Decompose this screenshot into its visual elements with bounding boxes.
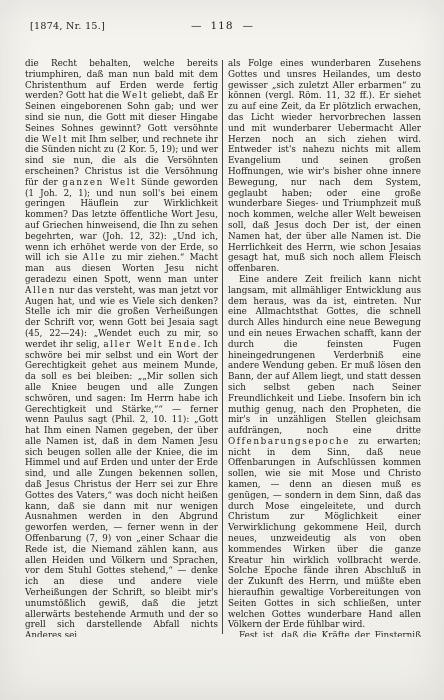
paragraph: Fest ist, daß die Kräfte der Finsterniß …: [228, 631, 421, 637]
emphasized-text: aller Welt Ende: [103, 340, 197, 350]
body-text: als Folge eines wunderbaren Zusehens Got…: [228, 59, 421, 274]
paragraph: Eine andere Zeit freilich kann nicht lan…: [228, 275, 421, 631]
page-number-value: 118: [210, 20, 233, 32]
emphasized-text: ganzen Welt: [62, 178, 136, 188]
right-column: als Folge eines wunderbaren Zusehens Got…: [228, 59, 421, 637]
body-text: zu erwarten; nicht in dem Sinn, daß neue…: [228, 437, 421, 631]
emphasized-text: Alle: [83, 253, 107, 263]
page-header: [1874, Nr. 15.] —118—: [0, 20, 444, 36]
emphasized-text: Offenbarungsepoche: [228, 437, 350, 447]
body-text: Sünde geworden (1 Joh. 2, 1); und nun so…: [25, 178, 218, 264]
emphasized-text: Welt: [122, 91, 148, 101]
body-text: Fest ist, daß die Kräfte der Finsterniß …: [228, 631, 421, 637]
scanned-page: [1874, Nr. 15.] —118— die Recht behalten…: [0, 0, 444, 700]
page-number-dash-right: —: [243, 20, 254, 32]
body-text: Eine andere Zeit freilich kann nicht lan…: [228, 275, 421, 436]
column-divider-rule: [222, 60, 223, 634]
page-number: —118—: [0, 20, 444, 32]
emphasized-text: Allen: [25, 286, 56, 296]
paragraph: die Recht behalten, welche bereits trium…: [25, 59, 218, 637]
left-column: die Recht behalten, welche bereits trium…: [25, 59, 218, 637]
page-number-dash-left: —: [191, 20, 202, 32]
text-columns: die Recht behalten, welche bereits trium…: [25, 59, 422, 637]
paragraph: als Folge eines wunderbaren Zusehens Got…: [228, 59, 421, 275]
emphasized-text: Welt: [42, 135, 68, 145]
body-text: . Ich schwöre bei mir selbst und ein Wor…: [25, 340, 218, 637]
